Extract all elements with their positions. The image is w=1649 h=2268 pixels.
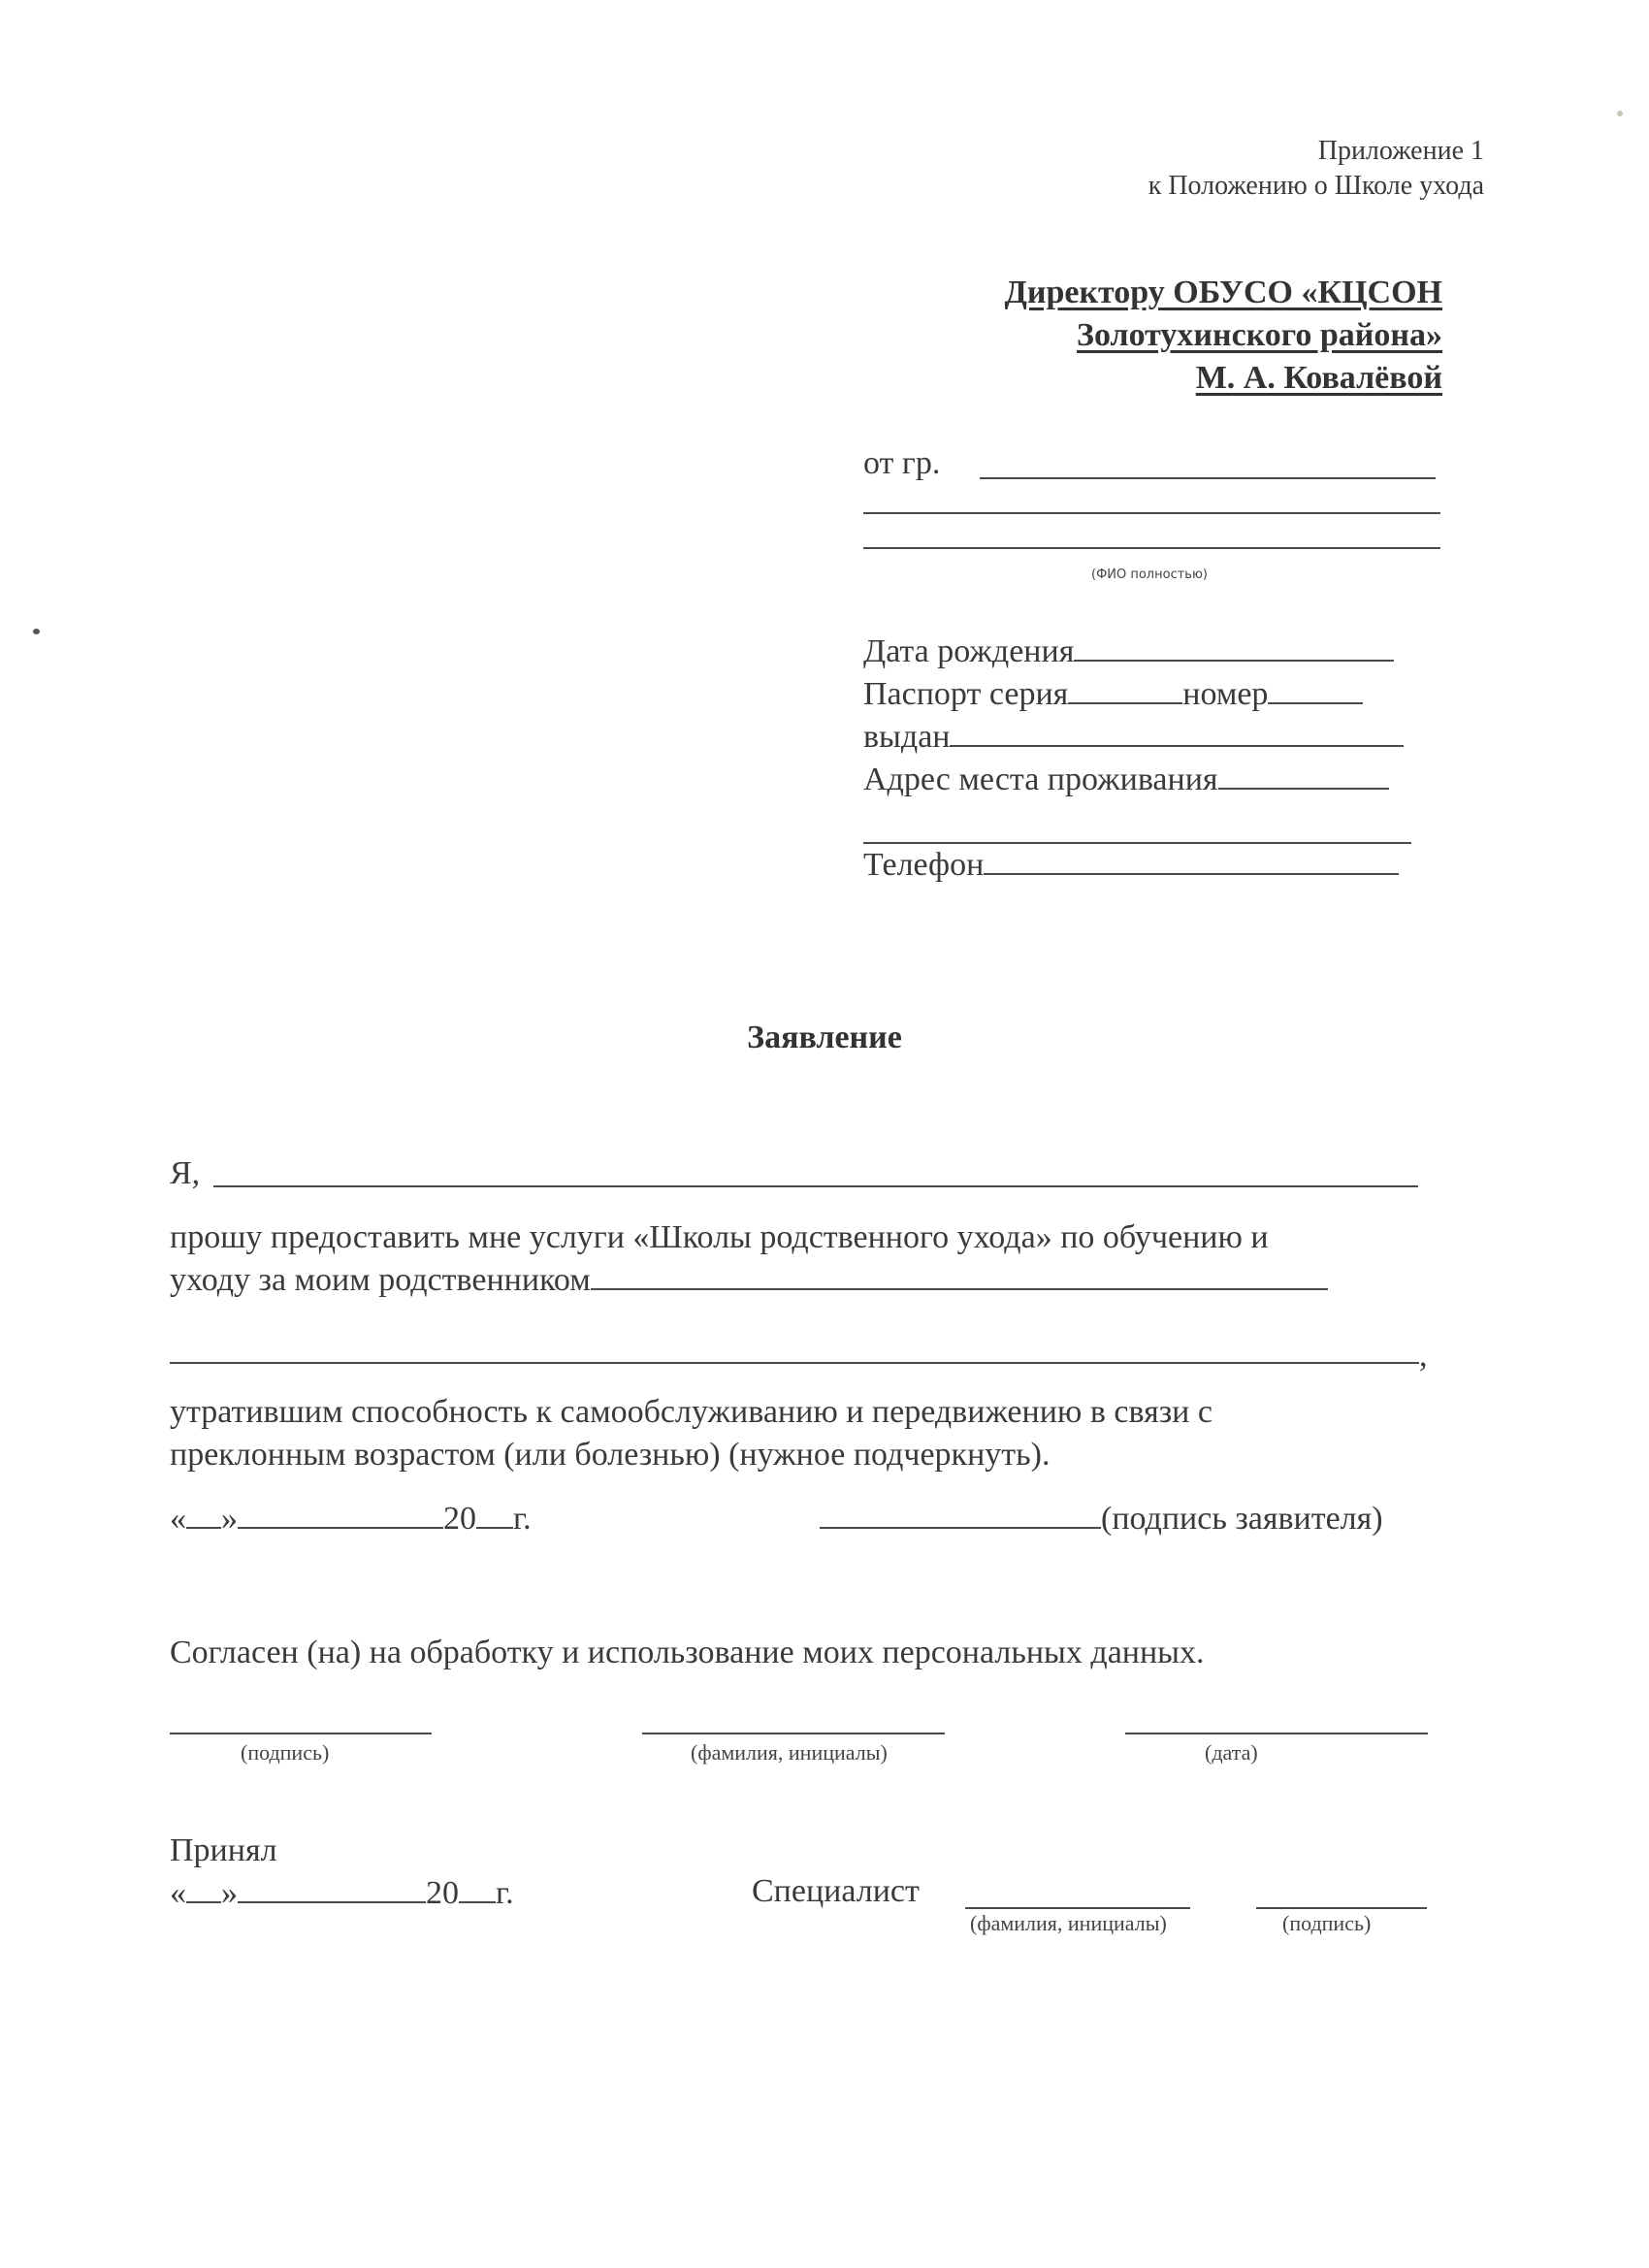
applicant-signature-caption: (подпись заявителя) [1101, 1501, 1383, 1537]
open-quote: « [170, 1875, 186, 1911]
specialist-signature-field[interactable] [1256, 1907, 1427, 1909]
address-field[interactable] [1218, 788, 1389, 790]
fio-caption: (ФИО полностью) [1091, 567, 1208, 582]
passport-series-label: Паспорт серия [863, 676, 1068, 712]
specialist-label: Специалист [752, 1872, 920, 1911]
phone-row: Телефон [863, 846, 1399, 885]
i-row: Я, [170, 1154, 200, 1193]
addressee-line-1: Директору ОБУСО «КЦСОН [1004, 274, 1442, 312]
year-prefix: 20 [426, 1875, 459, 1911]
specialist-name-caption: (фамилия, инициалы) [970, 1911, 1167, 1936]
year-field[interactable] [476, 1527, 513, 1529]
appendix-title: Приложение 1 [1318, 136, 1484, 167]
birth-date-row: Дата рождения [863, 632, 1394, 671]
birth-date-label: Дата рождения [863, 633, 1074, 669]
addressee-line-2: Золотухинского района» [1077, 316, 1442, 355]
appendix-subtitle: к Положению о Школе ухода [1148, 171, 1484, 202]
phone-field[interactable] [984, 873, 1399, 875]
birth-date-field[interactable] [1074, 660, 1394, 662]
addressee-line-3: М. А. Ковалёвой [1196, 359, 1442, 398]
from-name-field[interactable] [980, 477, 1436, 479]
accepted-month-field[interactable] [238, 1901, 426, 1903]
from-name-field-2[interactable] [863, 512, 1440, 514]
consent-date-caption: (дата) [1205, 1740, 1258, 1766]
applicant-name-field[interactable] [213, 1185, 1418, 1187]
document-title: Заявление [0, 1019, 1649, 1057]
reason-line-1: утратившим способность к самообслуживани… [170, 1393, 1212, 1432]
applicant-signature-field[interactable] [820, 1527, 1101, 1529]
consent-signature-field[interactable] [170, 1733, 432, 1734]
consent-date-field[interactable] [1125, 1733, 1428, 1734]
issued-field[interactable] [950, 745, 1404, 747]
accepted-label: Принял [170, 1831, 277, 1870]
specialist-name-field[interactable] [965, 1907, 1190, 1909]
request-line-2-row: уходу за моим родственником [170, 1261, 1328, 1300]
applicant-signature-row: (подпись заявителя) [820, 1500, 1383, 1539]
specialist-signature-caption: (подпись) [1282, 1911, 1371, 1936]
consent-signature-caption: (подпись) [241, 1740, 329, 1766]
passport-number-field[interactable] [1268, 702, 1363, 704]
scan-speck [33, 629, 40, 634]
relative-name-field-2[interactable] [170, 1362, 1419, 1364]
address-label: Адрес места проживания [863, 761, 1218, 797]
request-line-2: уходу за моим родственником [170, 1262, 591, 1298]
scan-speck [1617, 111, 1623, 116]
relative-name-field[interactable] [591, 1288, 1328, 1290]
address-row: Адрес места проживания [863, 761, 1389, 799]
trailing-comma: , [1419, 1337, 1428, 1376]
year-suffix: г. [496, 1875, 514, 1911]
issued-row: выдан [863, 718, 1404, 757]
year-prefix: 20 [443, 1501, 476, 1537]
year-suffix: г. [513, 1501, 532, 1537]
close-quote: » [221, 1501, 238, 1537]
application-date-row: «»20г. [170, 1500, 532, 1539]
request-line-1: прошу предоставить мне услуги «Школы род… [170, 1218, 1269, 1257]
from-label: от гр. [863, 444, 940, 483]
month-field[interactable] [238, 1527, 443, 1529]
passport-number-label: номер [1182, 676, 1268, 712]
accepted-day-field[interactable] [186, 1901, 221, 1903]
accepted-year-field[interactable] [459, 1901, 496, 1903]
issued-label: выдан [863, 719, 950, 755]
accepted-date-row: «»20г. [170, 1874, 514, 1913]
address-field-2[interactable] [863, 842, 1411, 844]
consent-name-caption: (фамилия, инициалы) [691, 1740, 888, 1766]
phone-label: Телефон [863, 847, 984, 883]
open-quote: « [170, 1501, 186, 1537]
close-quote: » [221, 1875, 238, 1911]
passport-row: Паспорт серияномер [863, 675, 1363, 714]
from-name-field-3[interactable] [863, 547, 1440, 549]
consent-text: Согласен (на) на обработку и использован… [170, 1634, 1205, 1672]
passport-series-field[interactable] [1068, 702, 1182, 704]
consent-name-field[interactable] [642, 1733, 945, 1734]
i-label: Я, [170, 1155, 200, 1191]
reason-line-2: преклонным возрастом (или болезнью) (нуж… [170, 1436, 1050, 1474]
day-field[interactable] [186, 1527, 221, 1529]
